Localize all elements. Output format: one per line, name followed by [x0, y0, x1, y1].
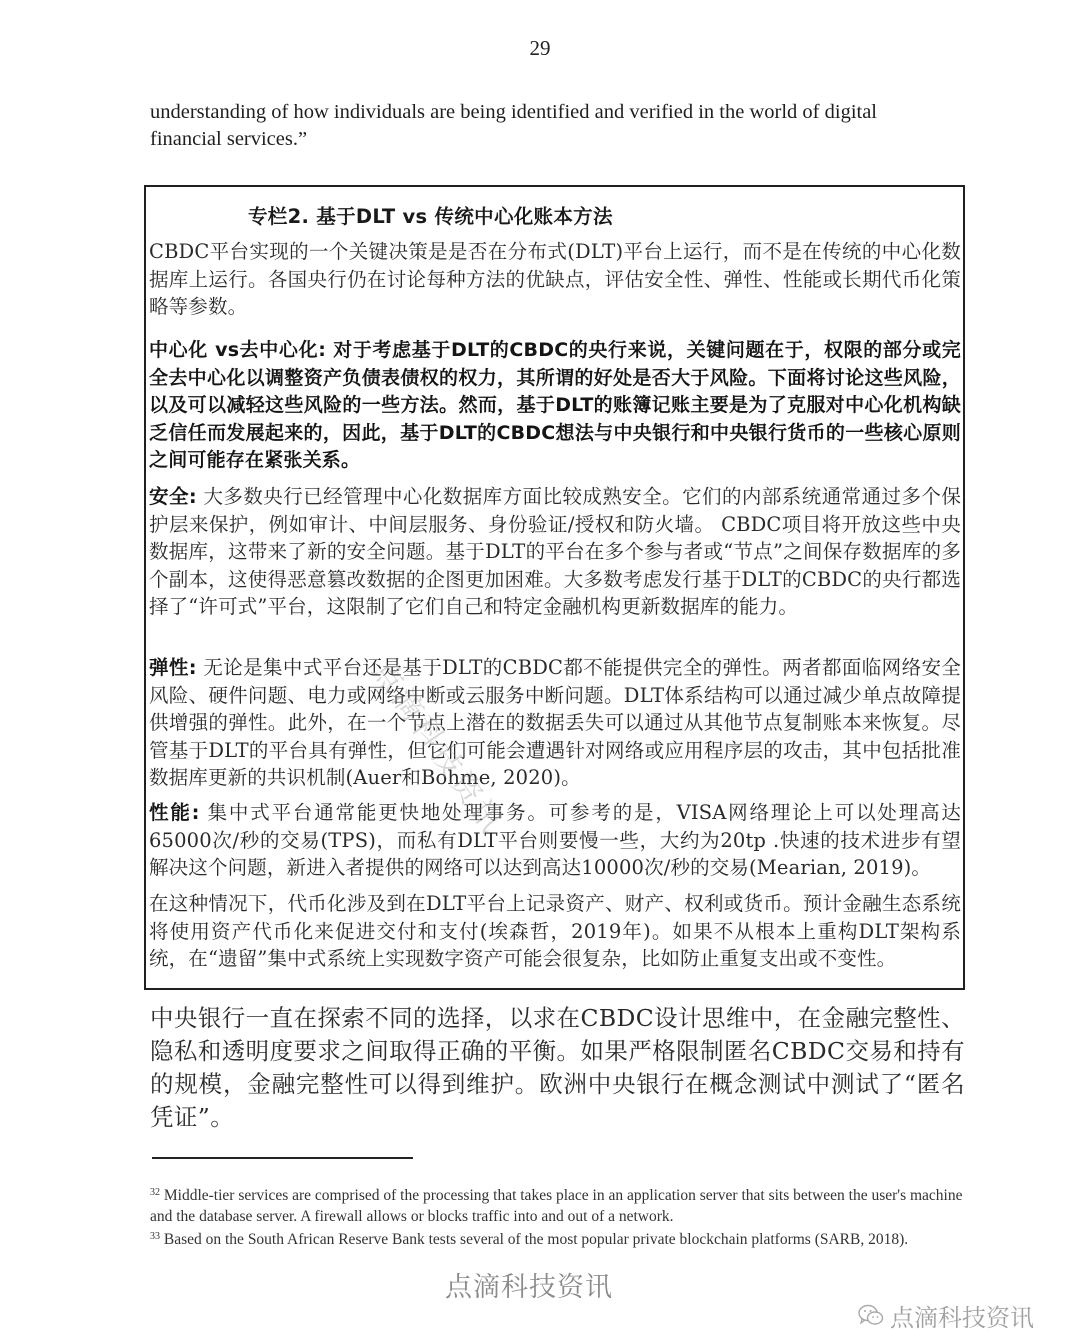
- paragraph-text: 在这种情况下，代币化涉及到在DLT平台上记录资产、财产、权利或货币。预计金融生态…: [149, 892, 961, 970]
- paragraph-lead: 中心化 vs去中心化:: [149, 339, 326, 361]
- footnote-33: 33 Based on the South African Reserve Ba…: [150, 1226, 965, 1250]
- box-paragraph-performance: 性能: 集中式平台通常能更快地处理事务。可参考的是，VISA网络理论上可以处理高…: [149, 799, 961, 882]
- paragraph-lead: 安全:: [149, 485, 197, 508]
- watermark-center: 点滴科技资讯: [445, 1265, 613, 1304]
- box-paragraph-tokenization: 在这种情况下，代币化涉及到在DLT平台上记录资产、财产、权利或货币。预计金融生态…: [149, 890, 961, 973]
- wechat-icon: [858, 1304, 884, 1328]
- box-paragraph-resilience: 弹性: 无论是集中式平台还是基于DLT的CBDC都不能提供完全的弹性。两者都面临…: [149, 654, 961, 792]
- paragraph-text: CBDC平台实现的一个关键决策是是否在分布式(DLT)平台上运行，而不是在传统的…: [149, 240, 961, 318]
- page-number: 29: [0, 36, 1080, 61]
- footnote-text: Based on the South African Reserve Bank …: [160, 1231, 908, 1248]
- box-paragraph-security: 安全: 大多数央行已经管理中心化数据库方面比较成熟安全。它们的内部系统通常通过多…: [149, 483, 961, 621]
- paragraph-text: 集中式平台通常能更快地处理事务。可参考的是，VISA网络理论上可以处理高达650…: [149, 801, 961, 879]
- body-paragraph: 中央银行一直在探索不同的选择，以求在CBDC设计思维中，在金融完整性、隐私和透明…: [150, 1002, 965, 1134]
- watermark-corner-text: 点滴科技资讯: [890, 1298, 1034, 1333]
- footnote-number: 32: [150, 1187, 160, 1198]
- box-paragraph-decentralization: 中心化 vs去中心化: 对于考虑基于DLT的CBDC的央行来说，关键问题在于，权…: [149, 337, 961, 475]
- box-paragraph-intro: CBDC平台实现的一个关键决策是是否在分布式(DLT)平台上运行，而不是在传统的…: [149, 238, 961, 321]
- paragraph-lead: 弹性:: [149, 656, 197, 679]
- sidebar-box: 专栏2. 基于DLT vs 传统中心化账本方法 CBDC平台实现的一个关键决策是…: [144, 185, 965, 990]
- intro-paragraph: understanding of how individuals are bei…: [150, 99, 940, 153]
- footnote-text: Middle-tier services are comprised of th…: [150, 1187, 962, 1225]
- box-title: 专栏2. 基于DLT vs 传统中心化账本方法: [248, 201, 613, 229]
- paragraph-text: 无论是集中式平台还是基于DLT的CBDC都不能提供完全的弹性。两者都面临网络安全…: [149, 656, 961, 789]
- paragraph-text: 大多数央行已经管理中心化数据库方面比较成熟安全。它们的内部系统通常通过多个保护层…: [149, 485, 961, 618]
- footnote-divider: [152, 1157, 413, 1159]
- paragraph-lead: 性能:: [149, 801, 200, 824]
- footnote-32: 32 Middle-tier services are comprised of…: [150, 1182, 965, 1227]
- footnote-number: 33: [150, 1231, 160, 1242]
- watermark-corner: 点滴科技资讯: [858, 1298, 1034, 1333]
